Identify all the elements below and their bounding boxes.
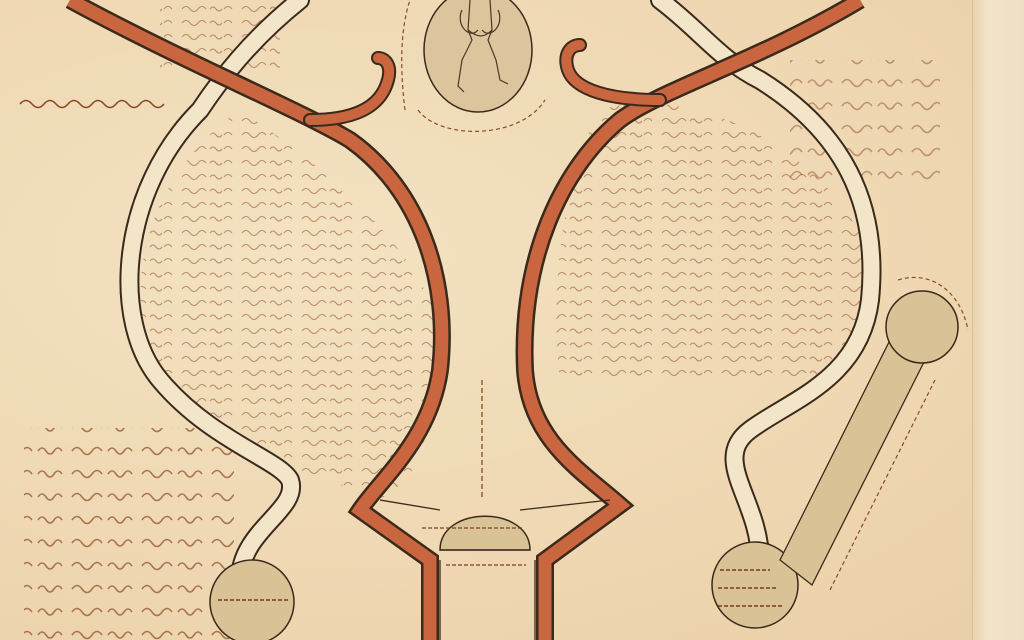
fetus-oval bbox=[424, 0, 532, 112]
cervix-dome bbox=[440, 516, 530, 550]
left-margin-text bbox=[24, 428, 234, 640]
right-upper-organ bbox=[886, 291, 958, 363]
manuscript-page bbox=[0, 0, 1024, 640]
left-rubric bbox=[20, 101, 164, 108]
anatomical-diagram bbox=[0, 0, 1024, 640]
